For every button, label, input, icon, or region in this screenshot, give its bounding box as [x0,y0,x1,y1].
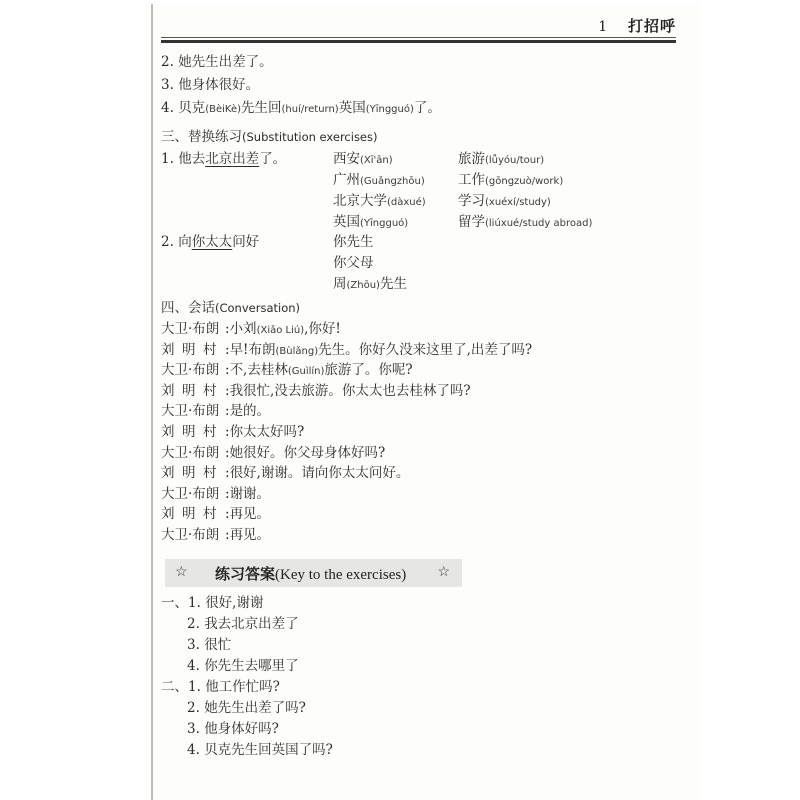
speaker-name: 大卫·布朗 [161,320,225,338]
dialogue-line: 刘明村:再见。 [161,505,270,523]
utterance: 小刘 [230,321,257,337]
item-number: 1. [161,151,174,167]
underlined-slot: 北京 [205,151,232,167]
utterance: 再见。 [230,506,271,522]
dialogue-line: 刘明村:我很忙,没去旅游。你太太也去桂林了吗? [161,382,471,400]
substitution-item-1: 1. 他去北京出差了。 [161,150,286,168]
utterance: 先生。你好久没来这里了,出差了吗? [318,342,532,358]
utterance: 再见。 [230,527,271,543]
speaker-char: 村 [203,464,224,482]
speaker-name: 刘明村 [161,464,225,482]
utterance: 早!布朗 [230,342,276,358]
utterance: 是的。 [230,403,271,419]
dialogue-line: 刘明村:早!布朗(Bùlǎng)先生。你好久没来这里了,出差了吗? [161,341,532,361]
item-number: 3. [161,77,174,93]
answer-item: 4. 你先生去哪里了 [187,657,299,675]
option-zh: 你父母 [333,255,374,271]
option-zh: 先生 [380,276,407,292]
speaker-char: 村 [203,423,224,441]
header-rule [161,37,676,44]
item-number: 2. [161,234,174,250]
substitution-option: 北京大学(dàxué) [333,192,426,212]
item-number: 2. [187,700,200,716]
key-title: 练习答案(Key to the exercises) [215,563,406,584]
option-zh: 旅游 [458,151,485,167]
speaker-name: 大卫·布朗 [161,485,225,503]
substitution-option: 你父母 [333,254,374,272]
substitution-option: 旅游(lǚyóu/tour) [458,150,544,170]
speaker-char: 刘 [161,341,182,359]
speaker-name: 刘明村 [161,505,225,523]
answer-text: 很好,谢谢 [205,595,263,611]
pinyin: (xuéxí/study) [485,197,551,208]
item-text: 贝克 [178,100,205,116]
answer-item: 一、1. 很好,谢谢 [161,594,263,612]
pinyin: (lǚyóu/tour) [485,155,544,166]
pinyin: (Zhōu) [347,280,380,291]
speaker-name: 大卫·布朗 [161,444,225,462]
heading-en: (Substitution exercises) [242,130,378,144]
underlined-slot: 你太太 [192,234,233,250]
speaker-name: 大卫·布朗 [161,361,225,379]
utterance: 我很忙,没去旅游。你太太也去桂林了吗? [230,383,471,399]
section-label: 二、 [161,679,188,695]
pinyin: (Guìlín) [288,366,325,377]
heading-en: (Conversation) [215,301,300,315]
substitution-option: 学习(xuéxí/study) [458,192,551,212]
substitution-item-2: 2. 向你太太问好 [161,233,259,251]
pinyin: (BèiKè) [205,104,241,115]
speaker-char: 刘 [161,505,182,523]
answer-item: 2. 我去北京出差了 [187,615,299,633]
speaker-name: 大卫·布朗 [161,526,225,544]
substitution-option: 留学(liúxué/study abroad) [458,213,592,233]
dialogue-line: 大卫·布朗:她很好。你父母身体好吗? [161,444,385,462]
answer-text: 贝克先生回英国了吗? [204,742,333,758]
chapter-number: 1 [598,19,608,35]
dialogue-line: 刘明村:你太太好吗? [161,423,304,441]
speaker-char: 明 [182,341,203,359]
answer-item: 二、1. 他工作忙吗? [161,678,280,696]
heading-zh: 四、会话 [161,300,215,316]
substitution-option: 周(Zhōu)先生 [333,275,407,295]
item-text: 问好 [232,234,259,250]
book-page: 1 打招呼 2. 她先生出差了。 3. 他身体很好。 4. 贝克(BèiKè)先… [151,4,700,800]
utterance: 谢谢。 [230,486,271,502]
option-zh: 广州 [333,172,360,188]
exercise-item: 4. 贝克(BèiKè)先生回(huí/return)英国(Yīngguó)了。 [161,99,441,119]
utterance: 她很好。你父母身体好吗? [230,445,386,461]
item-number: 3. [187,637,200,653]
speaker-char: 村 [203,341,224,359]
item-number: 4. [161,100,174,116]
item-text: 她先生出差了。 [178,54,273,70]
dialogue-line: 大卫·布朗:不,去桂林(Guìlín)旅游了。你呢? [161,361,413,381]
dialogue-line: 刘明村:很好,谢谢。请向你太太问好。 [161,464,409,482]
key-title-en: (Key to the exercises) [275,567,406,583]
speaker-char: 刘 [161,423,182,441]
dialogue-line: 大卫·布朗:是的。 [161,402,270,420]
answer-item: 3. 他身体好吗? [187,720,279,738]
exercise-item: 3. 他身体很好。 [161,76,259,94]
speaker-name: 刘明村 [161,341,225,359]
answer-text: 你先生去哪里了 [204,658,299,674]
item-text: 了。 [259,151,286,167]
dialogue-line: 大卫·布朗:再见。 [161,526,270,544]
utterance: ,你好! [304,321,341,337]
substitution-option: 你先生 [333,233,374,251]
pinyin: (Xī'ān) [360,155,393,166]
utterance: 你太太好吗? [230,424,305,440]
chapter-title: 打招呼 [628,17,676,35]
pinyin: (liúxué/study abroad) [485,218,592,229]
item-text: 他去 [178,151,205,167]
pinyin: (Xiǎo Liú) [257,325,305,336]
item-number: 3. [187,721,200,737]
answer-text: 她先生出差了吗? [204,700,306,716]
item-number: 1. [188,595,201,611]
pinyin: (Guǎngzhōu) [360,176,425,187]
item-text: 向 [178,234,192,250]
answer-text: 很忙 [204,637,231,653]
speaker-name: 大卫·布朗 [161,402,225,420]
option-zh: 你先生 [333,234,374,250]
answer-text: 他身体好吗? [204,721,279,737]
item-number: 4. [187,658,200,674]
pinyin: (huí/return) [282,104,339,115]
utterance: 很好,谢谢。请向你太太问好。 [230,465,410,481]
option-zh: 周 [333,276,347,292]
item-text: 先生回 [241,100,282,116]
substitution-option: 工作(gōngzuò/work) [458,171,563,191]
speaker-char: 明 [182,423,203,441]
speaker-char: 村 [203,382,224,400]
underlined-slot: 出差 [232,151,259,167]
pinyin: (gōngzuò/work) [485,176,563,187]
option-zh: 留学 [458,214,485,230]
option-zh: 学习 [458,193,485,209]
speaker-char: 刘 [161,382,182,400]
section-heading-substitution: 三、替换练习(Substitution exercises) [161,128,378,146]
substitution-option: 英国(Yīngguó) [333,213,408,233]
item-number: 2. [187,616,200,632]
answer-item: 4. 贝克先生回英国了吗? [187,741,333,759]
section-heading-conversation: 四、会话(Conversation) [161,299,300,317]
substitution-option: 西安(Xī'ān) [333,150,393,170]
speaker-char: 明 [182,505,203,523]
exercise-item: 2. 她先生出差了。 [161,53,273,71]
option-zh: 工作 [458,172,485,188]
utterance: 旅游了。你呢? [324,362,412,378]
speaker-char: 刘 [161,464,182,482]
running-head: 1 打招呼 [598,15,676,36]
star-icon: ☆ [437,564,450,580]
speaker-name: 刘明村 [161,423,225,441]
answer-text: 我去北京出差了 [204,616,299,632]
option-zh: 北京大学 [333,193,387,209]
substitution-option: 广州(Guǎngzhōu) [333,171,425,191]
heading-zh: 三、替换练习 [161,129,242,145]
speaker-char: 明 [182,464,203,482]
speaker-char: 村 [203,505,224,523]
pinyin: (Yīngguó) [360,218,408,229]
key-section-banner: ☆ 练习答案(Key to the exercises) ☆ [165,559,462,587]
key-title-zh: 练习答案 [215,565,275,583]
option-zh: 英国 [333,214,360,230]
dialogue-line: 大卫·布朗:谢谢。 [161,485,270,503]
star-icon: ☆ [175,564,188,580]
section-label: 一、 [161,595,188,611]
answer-text: 他工作忙吗? [205,679,280,695]
speaker-char: 明 [182,382,203,400]
item-number: 4. [187,742,200,758]
answer-item: 3. 很忙 [187,636,231,654]
item-text: 他身体很好。 [178,77,259,93]
item-text: 了。 [414,100,441,116]
item-number: 2. [161,54,174,70]
item-text: 英国 [339,100,366,116]
dialogue-line: 大卫·布朗:小刘(Xiǎo Liú),你好! [161,320,341,340]
option-zh: 西安 [333,151,360,167]
pinyin: (dàxué) [387,197,426,208]
speaker-name: 刘明村 [161,382,225,400]
answer-item: 2. 她先生出差了吗? [187,699,306,717]
item-number: 1. [188,679,201,695]
pinyin: (Yīngguó) [366,104,414,115]
utterance: 不,去桂林 [230,362,288,378]
pinyin: (Bùlǎng) [276,346,319,357]
